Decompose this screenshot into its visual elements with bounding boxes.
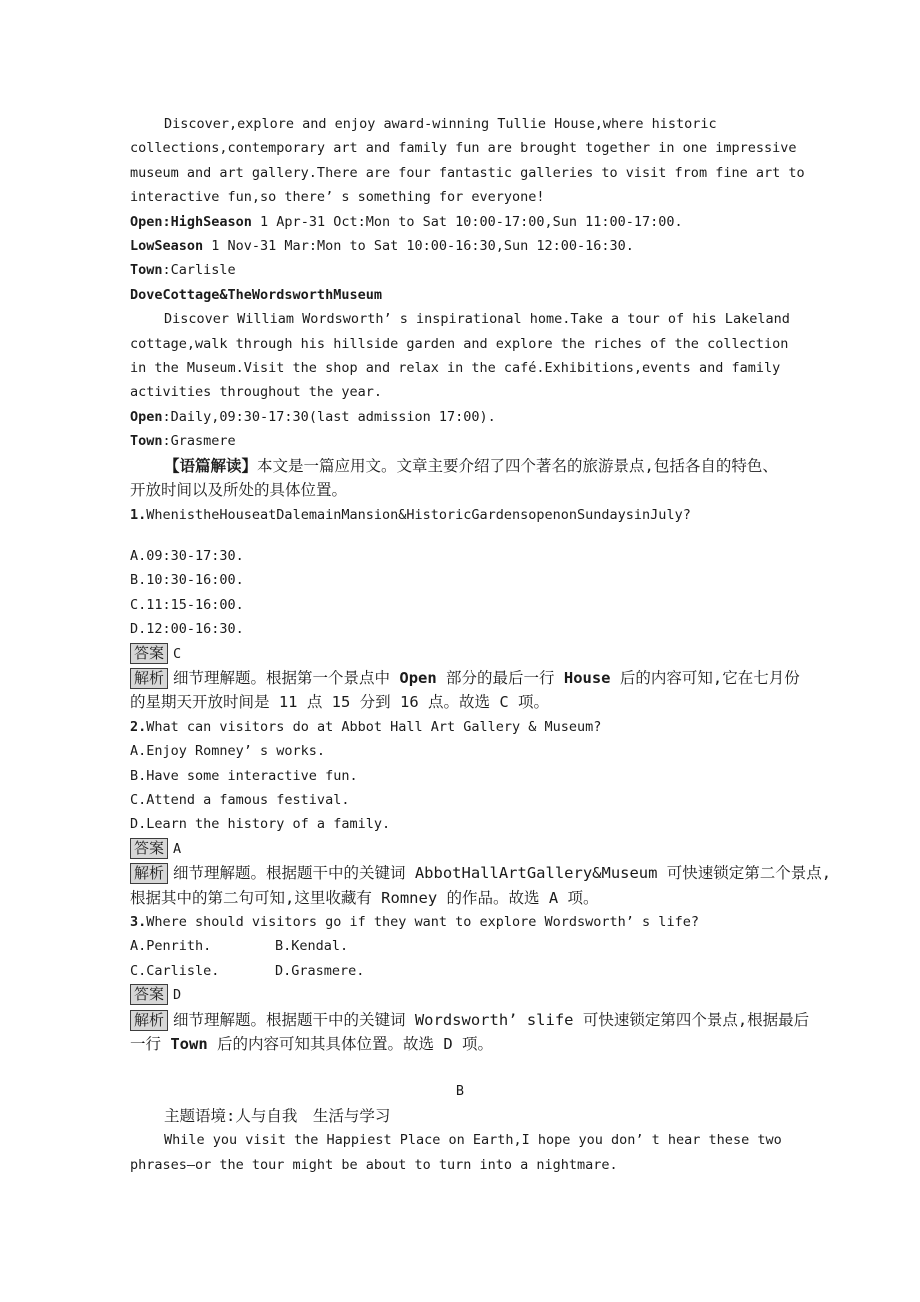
text-segment: Discover William Wordsworth’ s inspirati… [164,311,790,327]
text-segment: 1 Apr-31 Oct:Mon to Sat 10:00-17:00,Sun … [252,214,683,230]
answer-label-box: 解析 [130,1010,168,1031]
text-segment: 后的内容可知,它在七月份 [611,669,800,687]
question-1-option-c: C.11:15-16:00. [130,593,790,617]
text-segment: WhenistheHouseatDalemainMansion&Historic… [146,507,691,523]
answer-label-box: 答案 [130,838,168,859]
text-segment: :Grasmere [163,433,236,449]
text-segment: phrases—or the tour might be about to tu… [130,1157,618,1173]
text-segment: 一行 [130,1035,170,1053]
question-2-analysis: 解析细节理解题。根据题干中的关键词 AbbotHallArtGallery&Mu… [130,861,790,885]
text-segment: D.12:00-16:30. [130,621,244,637]
question-2-analysis: 根据其中的第二句可知,这里收藏有 Romney 的作品。故选 A 项。 [130,886,790,910]
answer-label-box: 解析 [130,668,168,689]
text-segment: DoveCottage&TheWordsworthMuseum [130,287,382,303]
text-segment: C.Carlisle. [130,959,275,983]
text-segment: Discover,explore and enjoy award-winning… [164,116,717,132]
text-segment: in the Museum.Visit the shop and relax i… [130,360,780,376]
text-segment: Town [130,433,163,449]
text-segment: What can visitors do at Abbot Hall Art G… [146,719,601,735]
passage-a-line: Discover William Wordsworth’ s inspirati… [130,307,790,331]
text-segment: Where should visitors go if they want to… [146,914,699,930]
text-segment: A.Penrith. [130,934,275,958]
text-segment: D.Learn the history of a family. [130,816,390,832]
answer-label-box: 答案 [130,643,168,664]
text-segment: 细节理解题。根据题干中的关键词 Wordsworth’ slife 可快速锁定第… [173,1011,809,1029]
text-segment: Town [130,262,163,278]
text-segment: D.Grasmere. [275,963,364,979]
passage-a-line: in the Museum.Visit the shop and relax i… [130,356,790,380]
answer-label-box: 答案 [130,984,168,1005]
text-segment: Town [170,1035,207,1053]
section-b-label: B [130,1079,790,1103]
question-2-option-b: B.Have some interactive fun. [130,764,790,788]
text-segment: 1 Nov-31 Mar:Mon to Sat 10:00-16:30,Sun … [203,238,634,254]
text-segment: activities throughout the year. [130,384,382,400]
text-segment: A.Enjoy Romney’ s works. [130,743,325,759]
question-3-analysis: 一行 Town 后的内容可知其具体位置。故选 D 项。 [130,1032,790,1056]
theme-context-line: 主题语境:人与自我 生活与学习 [130,1104,790,1128]
passage-a-line: museum and art gallery.There are four fa… [130,161,790,185]
open-hours-line: Open:Daily,09:30-17:30(last admission 17… [130,405,790,429]
text-segment: 后的内容可知其具体位置。故选 D 项。 [208,1035,493,1053]
passage-a-line: Discover,explore and enjoy award-winning… [130,112,790,136]
question-2-option-d: D.Learn the history of a family. [130,812,790,836]
passage-a-line: activities throughout the year. [130,380,790,404]
text-segment: C.Attend a famous festival. [130,792,349,808]
question-1-analysis: 解析细节理解题。根据第一个景点中 Open 部分的最后一行 House 后的内容… [130,666,790,690]
text-segment: 细节理解题。根据第一个景点中 [173,669,399,687]
text-segment: 1. [130,507,146,523]
text-segment: 3. [130,914,146,930]
text-segment: Open [130,409,163,425]
text-segment: LowSeason [130,238,203,254]
text-segment: 本文是一篇应用文。文章主要介绍了四个著名的旅游景点,包括各自的特色、 [257,457,778,475]
text-segment: 【语篇解读】 [164,457,257,475]
question-1-option-a: A.09:30-17:30. [130,544,790,568]
question-1-analysis: 的星期天开放时间是 11 点 15 分到 16 点。故选 C 项。 [130,690,790,714]
passage-b-line: While you visit the Happiest Place on Ea… [130,1128,790,1152]
text-segment: collections,contemporary art and family … [130,140,796,156]
text-segment: B.Kendal. [275,938,348,954]
question-3-stem: 3.Where should visitors go if they want … [130,910,790,934]
text-segment: museum and art gallery.There are four fa… [130,165,805,181]
open-hours-line: LowSeason 1 Nov-31 Mar:Mon to Sat 10:00-… [130,234,790,258]
text-segment: :Daily,09:30-17:30(last admission 17:00)… [163,409,496,425]
question-1-option-d: D.12:00-16:30. [130,617,790,641]
text-segment: 根据其中的第二句可知,这里收藏有 Romney 的作品。故选 A 项。 [130,889,598,907]
text-segment: cottage,walk through his hillside garden… [130,336,788,352]
passage-analysis-line: 【语篇解读】本文是一篇应用文。文章主要介绍了四个著名的旅游景点,包括各自的特色、 [130,454,790,478]
question-3-options-cd: C.Carlisle.D.Grasmere. [130,959,790,983]
open-hours-line: Open:HighSeason 1 Apr-31 Oct:Mon to Sat … [130,210,790,234]
text-segment: Open:HighSeason [130,214,252,230]
text-segment: D [173,987,181,1003]
town-line: Town:Grasmere [130,429,790,453]
text-segment: 的星期天开放时间是 11 点 15 分到 16 点。故选 C 项。 [130,693,549,711]
text-segment: 开放时间以及所处的具体位置。 [130,481,347,499]
text-segment: 细节理解题。根据题干中的关键词 AbbotHallArtGallery&Muse… [173,864,831,882]
question-3-answer: 答案D [130,983,790,1007]
passage-b-line: phrases—or the tour might be about to tu… [130,1153,790,1177]
text-segment: B [456,1083,464,1099]
question-1-answer: 答案C [130,642,790,666]
question-3-analysis: 解析细节理解题。根据题干中的关键词 Wordsworth’ slife 可快速锁… [130,1008,790,1032]
text-segment: While you visit the Happiest Place on Ea… [164,1132,782,1148]
passage-a-line: cottage,walk through his hillside garden… [130,332,790,356]
question-2-stem: 2.What can visitors do at Abbot Hall Art… [130,715,790,739]
text-segment: 主题语境:人与自我 生活与学习 [164,1107,390,1125]
text-segment: B.10:30-16:00. [130,572,244,588]
question-3-options-ab: A.Penrith.B.Kendal. [130,934,790,958]
question-1-option-b: B.10:30-16:00. [130,568,790,592]
question-2-option-c: C.Attend a famous festival. [130,788,790,812]
document-page: Discover,explore and enjoy award-winning… [130,112,790,1177]
text-segment: 部分的最后一行 [437,669,564,687]
question-1-stem: 1.WhenistheHouseatDalemainMansion&Histor… [130,503,790,527]
text-segment: 2. [130,719,146,735]
question-2-option-a: A.Enjoy Romney’ s works. [130,739,790,763]
text-segment: C [173,646,181,662]
passage-analysis-line: 开放时间以及所处的具体位置。 [130,478,790,502]
question-2-answer: 答案A [130,837,790,861]
answer-label-box: 解析 [130,863,168,884]
passage-a-line: interactive fun,so there’ s something fo… [130,185,790,209]
passage-a-line: collections,contemporary art and family … [130,136,790,160]
text-segment: House [564,669,611,687]
text-segment: Open [399,669,436,687]
text-segment: B.Have some interactive fun. [130,768,358,784]
text-segment: :Carlisle [163,262,236,278]
town-line: Town:Carlisle [130,258,790,282]
text-segment: C.11:15-16:00. [130,597,244,613]
text-segment: interactive fun,so there’ s something fo… [130,189,545,205]
text-segment: A.09:30-17:30. [130,548,244,564]
text-segment: A [173,841,181,857]
attraction-title: DoveCottage&TheWordsworthMuseum [130,283,790,307]
